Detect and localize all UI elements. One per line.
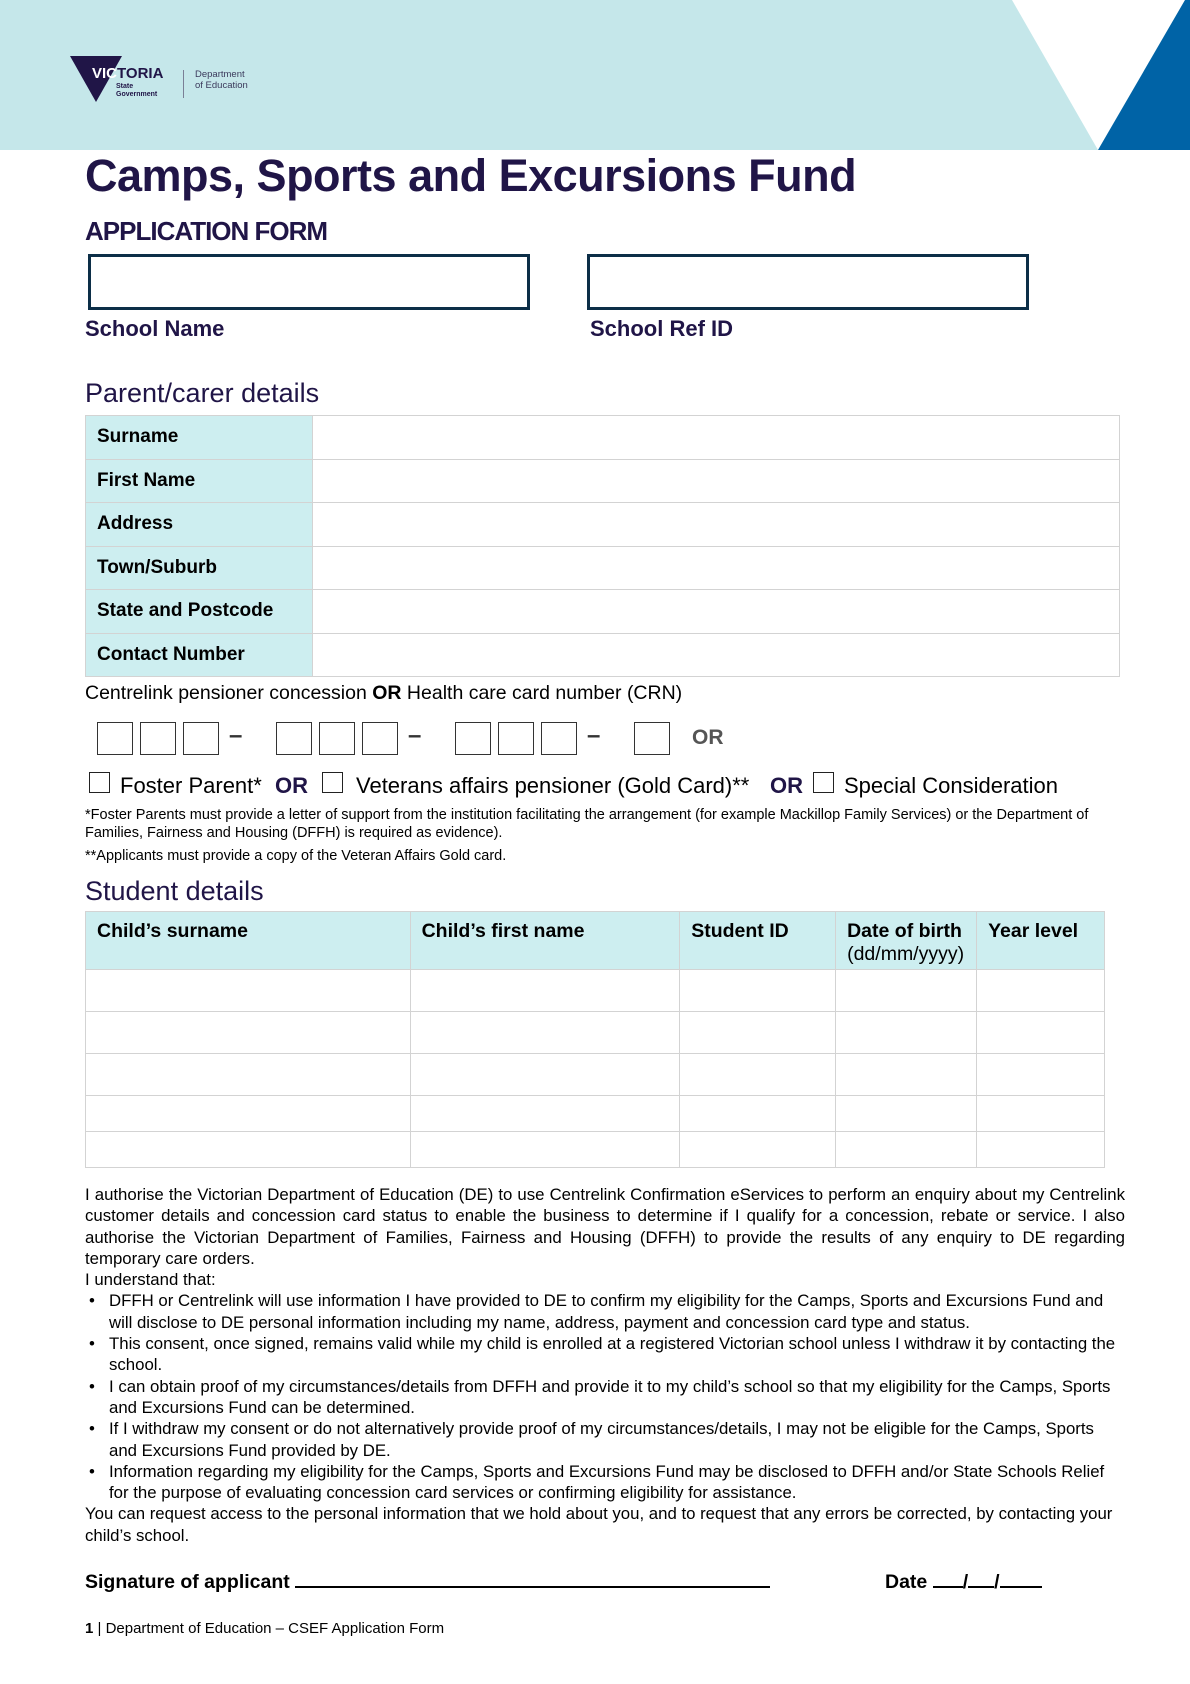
student-cell-input[interactable] [680, 1054, 836, 1096]
student-cell-input[interactable] [977, 1132, 1105, 1168]
school-ref-id-label: School Ref ID [590, 316, 733, 342]
parent-field-label: State and Postcode [86, 590, 313, 634]
date-label: Date [885, 1571, 927, 1593]
logo-department: Departmentof Education [195, 69, 248, 91]
crn-or-label: OR [692, 726, 724, 750]
page-footer: 1 | Department of Education – CSEF Appli… [85, 1620, 444, 1637]
school-name-input[interactable] [88, 254, 530, 310]
student-cell-input[interactable] [410, 1054, 680, 1096]
student-section-heading: Student details [85, 876, 264, 907]
parent-field-label: Town/Suburb [86, 546, 313, 590]
student-cell-input[interactable] [410, 1012, 680, 1054]
student-cell-input[interactable] [977, 970, 1105, 1012]
crn-digit-box[interactable] [634, 722, 670, 755]
student-row [86, 1012, 1105, 1054]
student-column-header: Year level [977, 912, 1105, 970]
crn-digit-box[interactable] [455, 722, 491, 755]
foster-parent-note: *Foster Parents must provide a letter of… [85, 806, 1125, 842]
student-column-header: Student ID [680, 912, 836, 970]
student-cell-input[interactable] [410, 1132, 680, 1168]
parent-field-input[interactable] [313, 459, 1120, 503]
special-consideration-label: Special Consideration [844, 773, 1058, 799]
student-cell-input[interactable] [86, 1012, 411, 1054]
consent-bullet-item: •This consent, once signed, remains vali… [85, 1333, 1125, 1376]
parent-details-table: SurnameFirst NameAddressTown/SuburbState… [85, 415, 1120, 677]
consent-bullet-item: •I can obtain proof of my circumstances/… [85, 1376, 1125, 1419]
crn-dash: – [587, 722, 600, 750]
parent-field-input[interactable] [313, 503, 1120, 547]
date-field[interactable]: Date // [885, 1570, 1042, 1594]
parent-field-row: Address [86, 503, 1120, 547]
school-name-label: School Name [85, 316, 224, 342]
parent-field-label: Surname [86, 416, 313, 460]
student-cell-input[interactable] [86, 1132, 411, 1168]
crn-digit-box[interactable] [140, 722, 176, 755]
logo-state-government: StateGovernment [116, 83, 157, 99]
parent-field-label: First Name [86, 459, 313, 503]
crn-dash: – [408, 722, 421, 750]
student-column-header: Child’s surname [86, 912, 411, 970]
parent-field-input[interactable] [313, 416, 1120, 460]
date-day-line[interactable] [933, 1570, 963, 1588]
student-cell-input[interactable] [680, 1012, 836, 1054]
special-consideration-checkbox[interactable] [813, 772, 834, 793]
veterans-affairs-checkbox[interactable] [322, 772, 343, 793]
student-cell-input[interactable] [836, 1132, 977, 1168]
consent-bullet-item: •Information regarding my eligibility fo… [85, 1461, 1125, 1504]
consent-bullets: •DFFH or Centrelink will use information… [85, 1290, 1125, 1503]
crn-label: Centrelink pensioner concession OR Healt… [85, 682, 682, 705]
logo-divider [183, 70, 184, 98]
consent-intro: I authorise the Victorian Department of … [85, 1184, 1125, 1269]
school-ref-id-input[interactable] [587, 254, 1029, 310]
parent-field-input[interactable] [313, 633, 1120, 677]
parent-field-row: First Name [86, 459, 1120, 503]
crn-digit-box[interactable] [498, 722, 534, 755]
student-details-table: Child’s surnameChild’s first nameStudent… [85, 911, 1105, 1168]
crn-digit-box[interactable] [541, 722, 577, 755]
student-cell-input[interactable] [977, 1012, 1105, 1054]
student-cell-input[interactable] [836, 970, 977, 1012]
student-cell-input[interactable] [680, 1096, 836, 1132]
student-row [86, 970, 1105, 1012]
student-column-header: Child’s first name [410, 912, 680, 970]
student-cell-input[interactable] [680, 1132, 836, 1168]
parent-field-row: State and Postcode [86, 590, 1120, 634]
foster-parent-label: Foster Parent* [120, 773, 262, 799]
parent-field-input[interactable] [313, 546, 1120, 590]
consent-understand: I understand that: [85, 1269, 1125, 1290]
document-subtitle: APPLICATION FORM [85, 216, 327, 247]
student-row [86, 1054, 1105, 1096]
signature-line[interactable] [295, 1570, 770, 1588]
student-cell-input[interactable] [836, 1012, 977, 1054]
crn-dash: – [229, 722, 242, 750]
student-column-header: Date of birth(dd/mm/yyyy) [836, 912, 977, 970]
student-cell-input[interactable] [86, 1054, 411, 1096]
student-cell-input[interactable] [977, 1054, 1105, 1096]
consent-closing: You can request access to the personal i… [85, 1503, 1125, 1546]
student-row [86, 1096, 1105, 1132]
parent-field-label: Address [86, 503, 313, 547]
veteran-note: **Applicants must provide a copy of the … [85, 847, 1125, 865]
crn-digit-box[interactable] [97, 722, 133, 755]
foster-parent-checkbox[interactable] [89, 772, 110, 793]
parent-field-row: Contact Number [86, 633, 1120, 677]
consent-text: I authorise the Victorian Department of … [85, 1184, 1125, 1546]
parent-field-row: Surname [86, 416, 1120, 460]
student-cell-input[interactable] [977, 1096, 1105, 1132]
signature-label: Signature of applicant [85, 1571, 290, 1593]
crn-digit-box[interactable] [362, 722, 398, 755]
student-cell-input[interactable] [86, 1096, 411, 1132]
crn-digit-box[interactable] [183, 722, 219, 755]
student-row [86, 1132, 1105, 1168]
signature-field[interactable]: Signature of applicant [85, 1570, 770, 1594]
bullet-icon: • [89, 1418, 95, 1439]
student-cell-input[interactable] [86, 970, 411, 1012]
crn-digit-box[interactable] [276, 722, 312, 755]
parent-field-row: Town/Suburb [86, 546, 1120, 590]
bullet-icon: • [89, 1376, 95, 1397]
student-cell-input[interactable] [836, 1054, 977, 1096]
consent-bullet-item: •DFFH or Centrelink will use information… [85, 1290, 1125, 1333]
student-cell-input[interactable] [680, 970, 836, 1012]
document-title: Camps, Sports and Excursions Fund [85, 150, 856, 202]
parent-field-input[interactable] [313, 590, 1120, 634]
veterans-affairs-label: Veterans affairs pensioner (Gold Card)** [356, 773, 749, 799]
date-year-line[interactable] [1000, 1570, 1042, 1588]
student-cell-input[interactable] [836, 1096, 977, 1132]
victoria-government-logo: VICTORIA StateGovernment Departmentof Ed… [70, 54, 270, 104]
crn-digit-box[interactable] [319, 722, 355, 755]
bullet-icon: • [89, 1333, 95, 1354]
logo-victoria-wordmark: VICTORIA [92, 65, 163, 82]
parent-section-heading: Parent/carer details [85, 378, 319, 409]
or-separator: OR [275, 773, 308, 799]
student-cell-input[interactable] [410, 970, 680, 1012]
or-separator: OR [770, 773, 803, 799]
student-cell-input[interactable] [410, 1096, 680, 1132]
bullet-icon: • [89, 1461, 95, 1482]
date-month-line[interactable] [968, 1570, 994, 1588]
bullet-icon: • [89, 1290, 95, 1311]
consent-bullet-item: •If I withdraw my consent or do not alte… [85, 1418, 1125, 1461]
parent-field-label: Contact Number [86, 633, 313, 677]
